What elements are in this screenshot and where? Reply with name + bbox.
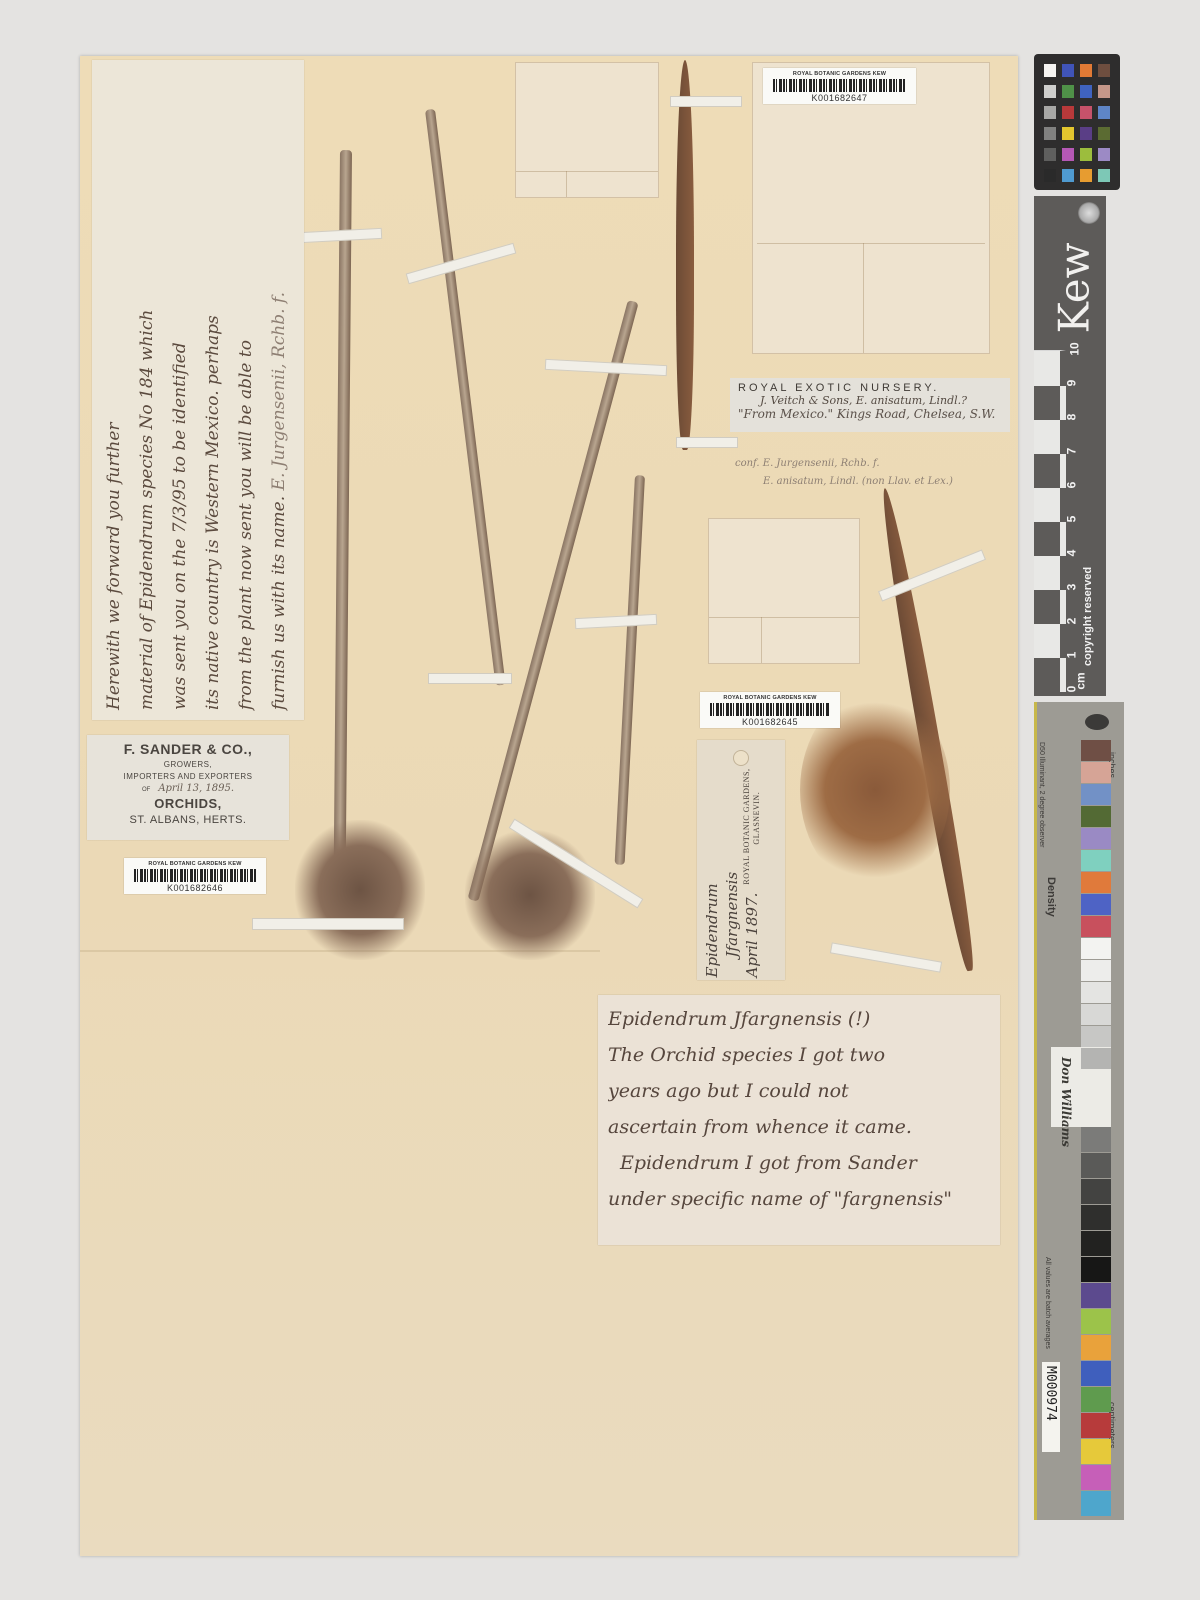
scale-tick-label: 8 — [1064, 414, 1078, 421]
barcode-bars — [710, 703, 830, 716]
scale-tick-label: 7 — [1064, 448, 1078, 455]
color-patch — [1081, 1179, 1111, 1204]
sander-place: ST. ALBANS, HERTS. — [87, 814, 289, 826]
color-patch — [1081, 784, 1111, 805]
barcode-institution: ROYAL BOTANIC GARDENS KEW — [763, 68, 916, 77]
nursery-heading: ROYAL EXOTIC NURSERY. — [730, 378, 1010, 394]
orchid-roots — [465, 830, 595, 960]
color-patch — [1081, 1465, 1111, 1490]
mounting-strap — [670, 96, 742, 107]
barcode-label: ROYAL BOTANIC GARDENS KEW K001682647 — [763, 68, 916, 104]
barcode-number: K001682645 — [700, 717, 840, 727]
scale-block — [1034, 520, 1066, 556]
tag-printed-line: ROYAL BOTANIC GARDENS, — [742, 768, 751, 884]
color-swatch — [1080, 64, 1092, 77]
color-swatch — [1044, 127, 1056, 140]
color-swatch — [1044, 64, 1056, 77]
color-patch — [1081, 806, 1111, 827]
color-swatch — [1062, 64, 1074, 77]
scale-blocks — [1034, 336, 1064, 691]
target-brand: Don Williams — [1059, 1057, 1073, 1147]
note-line: The Orchid species I got two — [608, 1037, 1000, 1073]
sander-product: ORCHIDS, — [87, 796, 289, 811]
scale-tick-label: 6 — [1064, 482, 1078, 489]
color-swatch — [1044, 169, 1056, 182]
sander-line: GROWERS, — [87, 760, 289, 769]
color-patch — [1081, 1127, 1111, 1152]
color-patch — [1081, 1491, 1111, 1516]
tag-genus: Epidendrum — [702, 762, 722, 977]
note-line: years ago but I could not — [608, 1073, 1000, 1109]
nursery-handwritten: J. Veitch & Sons, E. anisatum, Lindl.? — [730, 394, 1010, 407]
letter-line: its native country is Western Mexico. pe… — [197, 70, 230, 710]
color-patch — [1081, 938, 1111, 959]
barcode-number: K001682647 — [763, 93, 916, 103]
target-illuminant-label: D50 Illuminant, 2 degree observer — [1038, 742, 1045, 847]
scale-tick-label: 4 — [1064, 550, 1078, 557]
orchid-leaf — [676, 60, 694, 450]
color-patch — [1081, 894, 1111, 915]
mounting-strap — [676, 437, 738, 448]
barcode-institution: ROYAL BOTANIC GARDENS KEW — [124, 858, 266, 867]
barcode-label: ROYAL BOTANIC GARDENS KEW K001682646 — [124, 858, 266, 894]
sander-line: IMPORTERS AND EXPORTERS — [87, 772, 289, 781]
scale-block — [1034, 486, 1066, 522]
mounting-strap — [428, 673, 512, 684]
scale-block — [1034, 588, 1066, 624]
color-patch — [1081, 1309, 1111, 1334]
color-swatch — [1080, 169, 1092, 182]
barcode-label: ROYAL BOTANIC GARDENS KEW K001682645 — [700, 692, 840, 728]
scale-tick-label: 3 — [1064, 584, 1078, 591]
color-patch — [1081, 850, 1111, 871]
color-swatch — [1098, 148, 1110, 161]
sander-firm-name: F. SANDER & CO., — [87, 741, 289, 757]
color-swatch — [1080, 85, 1092, 98]
barcode-institution: ROYAL BOTANIC GARDENS KEW — [700, 692, 840, 701]
letter-line: material of Epidendrum species No 184 wh… — [131, 70, 164, 710]
color-patch — [1081, 828, 1111, 849]
color-checker — [1034, 54, 1120, 190]
color-swatch — [1080, 127, 1092, 140]
letter-annotation: E. Jurgensenii, Rchb. f. — [269, 292, 289, 490]
target-density-label: Density — [1045, 877, 1057, 917]
scale-block — [1034, 656, 1066, 692]
color-patch — [1081, 762, 1111, 783]
color-patch — [1081, 1439, 1111, 1464]
scale-block — [1034, 418, 1066, 454]
color-patch — [1081, 1153, 1111, 1178]
nursery-address: Kings Road, Chelsea, S.W. — [837, 407, 995, 421]
color-swatch — [1062, 127, 1074, 140]
color-patch — [1081, 1205, 1111, 1230]
handwritten-note-card: Epidendrum Jfargnensis (!) The Orchid sp… — [598, 995, 1000, 1245]
sander-date: April 13, 1895. — [158, 783, 234, 794]
color-patch — [1081, 1387, 1111, 1412]
scale-block — [1034, 452, 1066, 488]
determination-line: conf. E. Jurgensenii, Rchb. f. — [735, 455, 1000, 473]
barcode-number: K001682646 — [124, 883, 266, 893]
nursery-label: ROYAL EXOTIC NURSERY. J. Veitch & Sons, … — [730, 378, 1010, 432]
color-swatch — [1062, 85, 1074, 98]
color-patch — [1081, 1283, 1111, 1308]
scale-tick-label: 5 — [1064, 516, 1078, 523]
specimen-packet-top-right — [752, 62, 990, 354]
scale-tick-label: 10 — [1068, 342, 1082, 355]
mounting-strap — [252, 918, 404, 930]
scale-tick-label: 2 — [1064, 618, 1078, 625]
sander-label: F. SANDER & CO., GROWERS, IMPORTERS AND … — [87, 735, 289, 840]
color-patch — [1081, 872, 1111, 893]
nursery-origin: "From Mexico." — [738, 407, 833, 421]
letter-line: from the plant now sent you will be able… — [230, 70, 263, 710]
kew-scale-bar: Kew copyright reserved cm 012345678910 — [1034, 196, 1106, 696]
note-line: under specific name of "fargnensis" — [608, 1181, 1000, 1217]
barcode-bars — [134, 869, 256, 882]
color-swatch — [1062, 169, 1074, 182]
color-patch — [1081, 1004, 1111, 1025]
color-patch — [1081, 1026, 1111, 1047]
determination-line: E. anisatum, Lindl. (non Llav. et Lex.) — [735, 473, 1000, 491]
target-id: M000974 — [1043, 1366, 1058, 1421]
color-patch — [1081, 1231, 1111, 1256]
color-swatch — [1080, 106, 1092, 119]
letter-line: was sent you on the 7/3/95 to be identif… — [164, 70, 197, 710]
color-swatch — [1080, 148, 1092, 161]
color-patch — [1081, 916, 1111, 937]
color-patch — [1081, 982, 1111, 1003]
copyright-text: copyright reserved — [1082, 567, 1094, 666]
target-id-box: M000974 — [1042, 1362, 1060, 1452]
letter-line: furnish us with its name. — [269, 496, 289, 710]
kew-crest-icon — [1078, 202, 1100, 224]
color-swatch — [1044, 148, 1056, 161]
glasnevin-tag: Epidendrum Jfargnensis April 1897. ROYAL… — [697, 740, 785, 980]
kew-logo: Kew — [1050, 242, 1099, 333]
target-footnote: All values are batch averages — [1044, 1257, 1051, 1349]
scale-block — [1034, 622, 1066, 658]
color-patch — [1081, 1335, 1111, 1360]
tag-printed-line: GLASNEVIN. — [752, 791, 761, 884]
color-swatch — [1044, 106, 1056, 119]
color-swatch — [1062, 106, 1074, 119]
scale-tick-label: 9 — [1064, 380, 1078, 387]
barcode-bars — [773, 79, 906, 92]
tag-epithet: Jfargnensis — [722, 762, 742, 977]
color-patch — [1081, 1048, 1111, 1069]
color-swatch — [1098, 127, 1110, 140]
sander-of: OF — [142, 787, 150, 793]
scale-block — [1034, 384, 1066, 420]
color-patch — [1081, 960, 1111, 981]
color-swatch — [1098, 64, 1110, 77]
tag-date: April 1897. — [742, 892, 762, 977]
scale-tick-label: 0 — [1064, 686, 1078, 693]
specimen-packet-middle — [708, 518, 860, 664]
color-swatch — [1098, 169, 1110, 182]
note-line: ascertain from whence it came. — [608, 1109, 1000, 1145]
letter-line: Herewith we forward you further — [98, 70, 131, 710]
handwritten-letter: Herewith we forward you further material… — [92, 60, 304, 720]
scale-block — [1034, 554, 1066, 590]
color-patch — [1081, 1413, 1111, 1438]
color-swatch — [1044, 85, 1056, 98]
color-patch — [1081, 1257, 1111, 1282]
note-line: Epidendrum I got from Sander — [608, 1145, 1000, 1181]
color-swatch — [1098, 85, 1110, 98]
determination-note: conf. E. Jurgensenii, Rchb. f. E. anisat… — [735, 455, 1000, 491]
color-target-strip: inches D50 Illuminant, 2 degree observer… — [1034, 702, 1124, 1520]
scale-block — [1034, 350, 1066, 386]
color-swatch — [1098, 106, 1110, 119]
scale-tick-label: 1 — [1064, 652, 1078, 659]
color-patch — [1081, 740, 1111, 761]
color-swatch — [1062, 148, 1074, 161]
color-patch — [1081, 1361, 1111, 1386]
note-line: Epidendrum Jfargnensis (!) — [608, 1001, 1000, 1037]
target-dot — [1085, 714, 1109, 730]
orchid-roots — [295, 820, 425, 960]
specimen-packet-top-left — [515, 62, 659, 198]
